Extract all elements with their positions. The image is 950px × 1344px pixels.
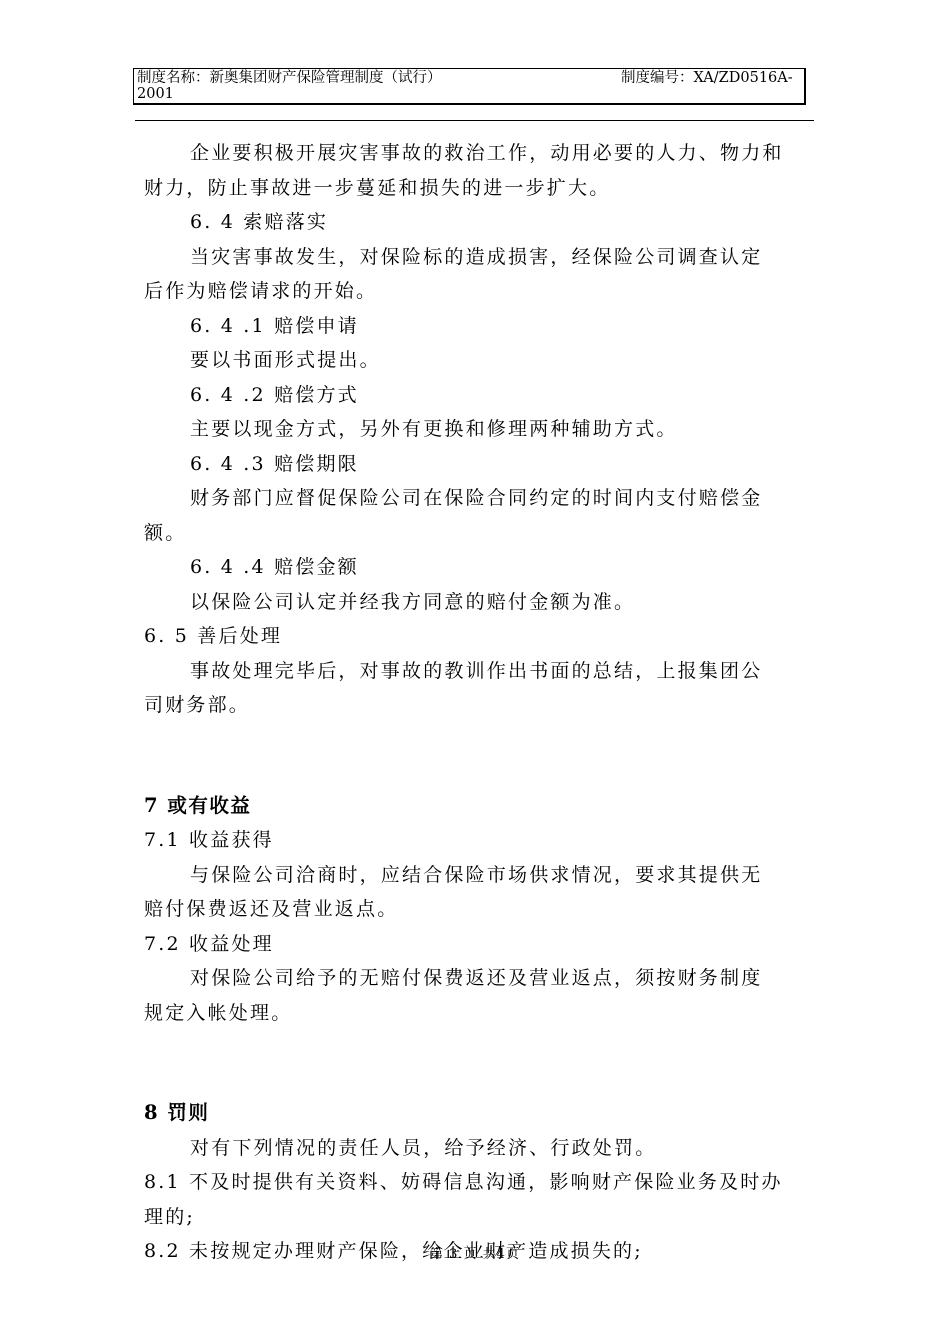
- paragraph-line: 与保险公司洽商时，应结合保险市场供求情况，要求其提供无: [144, 858, 809, 893]
- subsection-heading: 6. 5 善后处理: [144, 619, 809, 654]
- subsection-heading: 6. 4 索赔落实: [144, 205, 809, 240]
- regulation-code: 制度编号：XA/ZD0516A-: [621, 70, 793, 86]
- section-spacer: [144, 739, 809, 773]
- paragraph-line: 财务部门应督促保险公司在保险合同约定的时间内支付赔偿金: [144, 481, 809, 516]
- paragraph-line: 额。: [144, 516, 809, 551]
- paragraph-line: 当灾害事故发生，对保险标的造成损害，经保险公司调查认定: [144, 240, 809, 275]
- paragraph-line: 要以书面形式提出。: [144, 343, 809, 378]
- subsection-heading: 6. 4 .1 赔偿申请: [144, 309, 809, 344]
- paragraph-line: 对保险公司给予的无赔付保费返还及营业返点，须按财务制度: [144, 961, 809, 996]
- paragraph-line: 8.1 不及时提供有关资料、妨碍信息沟通，影响财产保险业务及时办: [144, 1165, 809, 1200]
- regulation-code-year: 2001: [137, 86, 174, 102]
- paragraph-line: 事故处理完毕后，对事故的教训作出书面的总结，上报集团公: [144, 654, 809, 689]
- document-body: 企业要积极开展灾害事故的救治工作，动用必要的人力、物力和财力，防止事故进一步蔓延…: [144, 136, 809, 1269]
- subsection-heading: 6. 4 .3 赔偿期限: [144, 447, 809, 482]
- paragraph-line: 理的;: [144, 1200, 809, 1235]
- header-divider: [135, 120, 814, 121]
- section-heading: 7 或有收益: [144, 789, 809, 824]
- page-number: 第 3 页 共4页: [0, 1243, 950, 1262]
- paragraph-line: 以保险公司认定并经我方同意的赔付金额为准。: [144, 585, 809, 620]
- paragraph-line: 对有下列情况的责任人员，给予经济、行政处罚。: [144, 1131, 809, 1166]
- paragraph-line: 主要以现金方式，另外有更换和修理两种辅助方式。: [144, 412, 809, 447]
- document-header-box: 制度名称：新奥集团财产保险管理制度（试行） 制度编号：XA/ZD0516A- 2…: [133, 68, 806, 105]
- subsection-heading: 7.2 收益处理: [144, 927, 809, 962]
- subsection-heading: 7.1 收益获得: [144, 823, 809, 858]
- paragraph-line: 规定入帐处理。: [144, 996, 809, 1031]
- subsection-heading: 6. 4 .2 赔偿方式: [144, 378, 809, 413]
- paragraph-line: 后作为赔偿请求的开始。: [144, 274, 809, 309]
- subsection-heading: 6. 4 .4 赔偿金额: [144, 550, 809, 585]
- section-spacer: [144, 1046, 809, 1080]
- paragraph-line: 财力，防止事故进一步蔓延和损失的进一步扩大。: [144, 171, 809, 206]
- regulation-name: 制度名称：新奥集团财产保险管理制度（试行）: [137, 70, 442, 86]
- paragraph-line: 司财务部。: [144, 688, 809, 723]
- paragraph-line: 企业要积极开展灾害事故的救治工作，动用必要的人力、物力和: [144, 136, 809, 171]
- section-heading: 8 罚则: [144, 1096, 809, 1131]
- paragraph-line: 赔付保费返还及营业返点。: [144, 892, 809, 927]
